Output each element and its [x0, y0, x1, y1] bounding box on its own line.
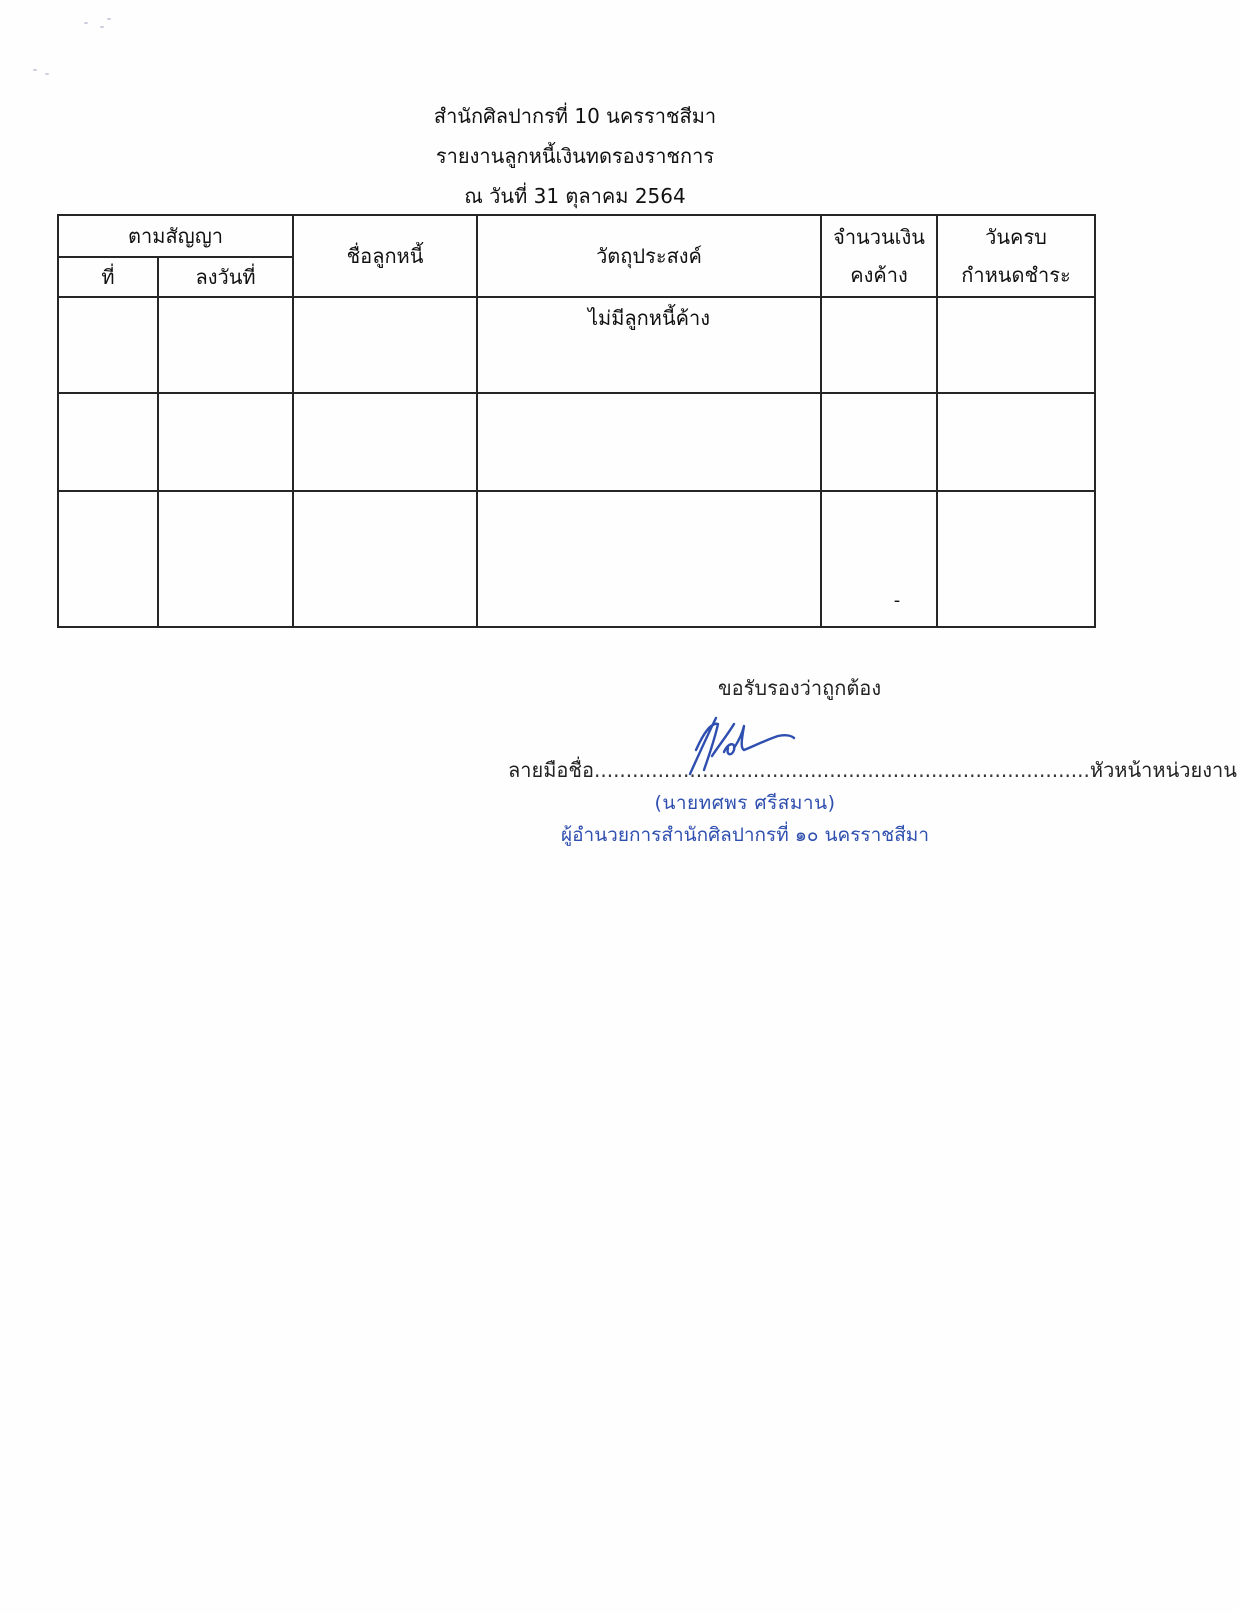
cell-purpose — [477, 491, 821, 627]
cell-debtor-name — [293, 297, 477, 393]
header-due-date-line2: กำหนดชำระ — [938, 256, 1094, 294]
no-debtors-note: ไม่มีลูกหนี้ค้าง — [478, 302, 820, 334]
report-date: ณ วันที่ 31 ตุลาคม 2564 — [0, 176, 1150, 216]
table-row: ไม่มีลูกหนี้ค้าง — [58, 297, 1095, 393]
cell-signed-date — [158, 491, 293, 627]
table-row — [58, 393, 1095, 491]
header-outstanding-amount-line1: จำนวนเงิน — [822, 218, 936, 256]
header-purpose: วัตถุประสงค์ — [477, 215, 821, 297]
header-debtor-name: ชื่อลูกหนี้ — [293, 215, 477, 297]
scan-speck — [84, 22, 88, 24]
cell-signed-date — [158, 297, 293, 393]
document-page: สำนักศิลปากรที่ 10 นครราชสีมา รายงานลูกห… — [0, 0, 1239, 1614]
header-due-date: วันครบ กำหนดชำระ — [937, 215, 1095, 297]
signature-dots: ........................................… — [594, 758, 1090, 782]
certification-statement: ขอรับรองว่าถูกต้อง — [718, 672, 881, 704]
signature-line: ลายมือชื่อ..............................… — [508, 754, 1237, 786]
cell-no — [58, 297, 158, 393]
header-outstanding-amount: จำนวนเงิน คงค้าง — [821, 215, 937, 297]
amount-dash: - — [840, 590, 954, 611]
cell-debtor-name — [293, 491, 477, 627]
cell-outstanding-amount — [821, 297, 937, 393]
cell-outstanding-amount: - — [821, 491, 937, 627]
header-signed-date: ลงวันที่ — [158, 257, 293, 297]
header-contract-group: ตามสัญญา — [58, 215, 293, 257]
signer-title: ผู้อำนวยการสำนักศิลปากรที่ ๑๐ นครราชสีมา — [555, 820, 935, 850]
scan-speck — [33, 69, 37, 71]
cell-signed-date — [158, 393, 293, 491]
table-row: - — [58, 491, 1095, 627]
cell-purpose: ไม่มีลูกหนี้ค้าง — [477, 297, 821, 393]
scan-speck — [100, 26, 104, 28]
header-no: ที่ — [58, 257, 158, 297]
position-label: หัวหน้าหน่วยงาน — [1090, 758, 1237, 782]
cell-purpose — [477, 393, 821, 491]
scan-speck — [45, 73, 49, 75]
signature-label: ลายมือชื่อ — [508, 758, 594, 782]
report-title: รายงานลูกหนี้เงินทดรองราชการ — [0, 136, 1150, 176]
office-name: สำนักศิลปากรที่ 10 นครราชสีมา — [0, 96, 1150, 136]
cell-no — [58, 491, 158, 627]
header-due-date-line1: วันครบ — [938, 218, 1094, 256]
cell-due-date — [937, 491, 1095, 627]
report-header: สำนักศิลปากรที่ 10 นครราชสีมา รายงานลูกห… — [0, 96, 1150, 216]
cell-outstanding-amount — [821, 393, 937, 491]
debtor-report-table: ตามสัญญา ชื่อลูกหนี้ วัตถุประสงค์ จำนวนเ… — [57, 214, 1096, 628]
cell-due-date — [937, 393, 1095, 491]
header-outstanding-amount-line2: คงค้าง — [822, 256, 936, 294]
cell-no — [58, 393, 158, 491]
signer-name: (นายทศพร ศรีสมาน) — [560, 788, 930, 818]
cell-debtor-name — [293, 393, 477, 491]
cell-due-date — [937, 297, 1095, 393]
scan-speck — [107, 18, 111, 20]
